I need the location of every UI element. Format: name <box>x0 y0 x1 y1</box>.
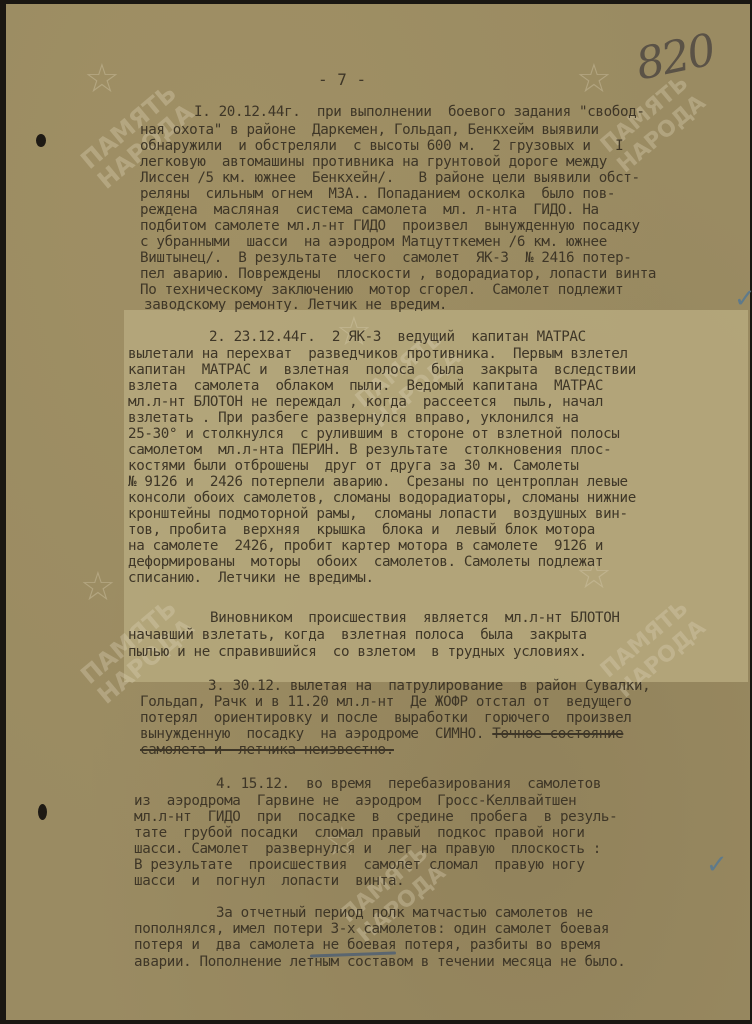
text-line: начавший взлетать, когда взлетная полоса… <box>128 627 587 643</box>
text-line: тов, пробита верхняя крышка блока и левы… <box>128 522 595 538</box>
text-line: 2. 23.12.44г. 2 ЯК-3 ведущий капитан МАТ… <box>209 329 586 345</box>
text-line: деформированы моторы обоих самолетов. Са… <box>128 554 603 570</box>
text-line: Виновником происшествия является мл.л-нт… <box>210 610 620 626</box>
text-line: реждена масляная система самолета мл. л-… <box>140 202 599 218</box>
struck-text: Точное состояние <box>492 726 623 742</box>
star-watermark-icon: ☆ <box>576 56 612 102</box>
text-line: взлетать . При разбеге развернулся вправ… <box>128 410 579 426</box>
text-line: Лиссен /5 км. южнее Бенкхейн/. В районе … <box>140 170 640 186</box>
text-line: пылью и не справившийся со взлетом в тру… <box>128 644 587 660</box>
text-line: За отчетный период полк матчастью самоле… <box>216 905 593 921</box>
text-line: ная охота" в районе Даркемен, Гольдап, Б… <box>140 122 599 138</box>
checkmark-icon: ✓ <box>706 850 728 880</box>
text-line: Виштынец/. В результате чего самолет ЯК-… <box>140 250 632 266</box>
text-line: вынужденную посадку на аэродроме СИМНО. … <box>140 726 623 742</box>
page-number: - 7 - <box>318 70 366 89</box>
text-line: на самолете 2426, пробит картер мотора в… <box>128 538 603 554</box>
text-line: заводскому ремонту. Летчик не вредим. <box>144 297 447 313</box>
text-line: кронштейны подмоторной рамы, сломаны лоп… <box>128 506 628 522</box>
text-line: аварии. Пополнение летным составом в теч… <box>134 954 626 970</box>
text-line: мл.л-нт БЛОТОН не переждал , когда рассе… <box>128 394 603 410</box>
text-line: Гольдап, Рачк и в 11.20 мл.л-нт Де ЖОФР … <box>140 694 632 710</box>
document-page: ☆ ПАМЯТЬ НАРОДА ☆ ПАМЯТЬ НАРОДА ☆ ПАМЯТЬ… <box>6 4 750 1020</box>
text-line: В результате происшествия самолет сломал… <box>134 857 585 873</box>
text-line: потерял ориентировку и после выработки г… <box>140 710 632 726</box>
text-line: По техническому заключению мотор сгорел.… <box>140 282 623 298</box>
text-line: пел аварию. Повреждены плоскости , водор… <box>140 266 656 282</box>
text-line: 4. 15.12. во время перебазирования самол… <box>216 776 601 792</box>
star-watermark-icon: ☆ <box>80 564 116 610</box>
text-line: взлета самолета облаком пыли. Ведомый ка… <box>128 378 603 394</box>
text-line: подбитом самолете мл.л-нт ГИДО произвел … <box>140 218 640 234</box>
text-line: из аэродрома Гарвине не аэродром Гросс-К… <box>134 793 576 809</box>
punch-hole <box>36 134 46 147</box>
text-line: обнаружили и обстреляли с высоты 600 м. … <box>140 138 623 154</box>
struck-text-line: самолета и летчика неизвестно. <box>140 742 394 758</box>
text-line: потеря и два самолета не боевая потеря, … <box>134 937 601 953</box>
text-line: 3. 30.12. вылетая на патрулирование в ра… <box>208 678 650 694</box>
text-line: шасси. Самолет развернулся и лег на прав… <box>134 841 601 857</box>
text-line: консоли обоих самолетов, сломаны водорад… <box>128 490 636 506</box>
text-line: реляны сильным огнем МЗА.. Попаданием ос… <box>140 186 615 202</box>
text-line: 25-30° и столкнулся с рулившим в стороне… <box>128 426 620 442</box>
text-line: мл.л-нт ГИДО при посадке в средине пробе… <box>134 809 617 825</box>
text-line: вылетали на перехват разведчиков противн… <box>128 346 628 362</box>
text-line: I. 20.12.44г. при выполнении боевого зад… <box>194 104 645 120</box>
punch-hole <box>38 804 47 820</box>
text-line: самолетом мл.л-нта ПЕРИН. В результате с… <box>128 442 611 458</box>
text-line: капитан МАТРАС и взлетная полоса была за… <box>128 362 636 378</box>
text-line: пополнялся, имел потери 3-х самолетов: о… <box>134 921 609 937</box>
text-line: списанию. Летчики не вредимы. <box>128 570 374 586</box>
star-watermark-icon: ☆ <box>84 56 120 102</box>
text-line: костями были отброшены друг от друга за … <box>128 458 579 474</box>
handwritten-archive-number: 820 <box>632 24 719 90</box>
checkmark-icon: ✓ <box>734 284 752 314</box>
text-line: с убранными шасси на аэродром Матцутткем… <box>140 234 607 250</box>
text-line: шасси и погнул лопасти винта. <box>134 873 404 889</box>
text-line: № 9126 и 2426 потерпели аварию. Срезаны … <box>128 474 628 490</box>
text-line: легковую автомашины противника на грунто… <box>140 154 607 170</box>
text-line: тате грубой посадки сломал правый подкос… <box>134 825 585 841</box>
